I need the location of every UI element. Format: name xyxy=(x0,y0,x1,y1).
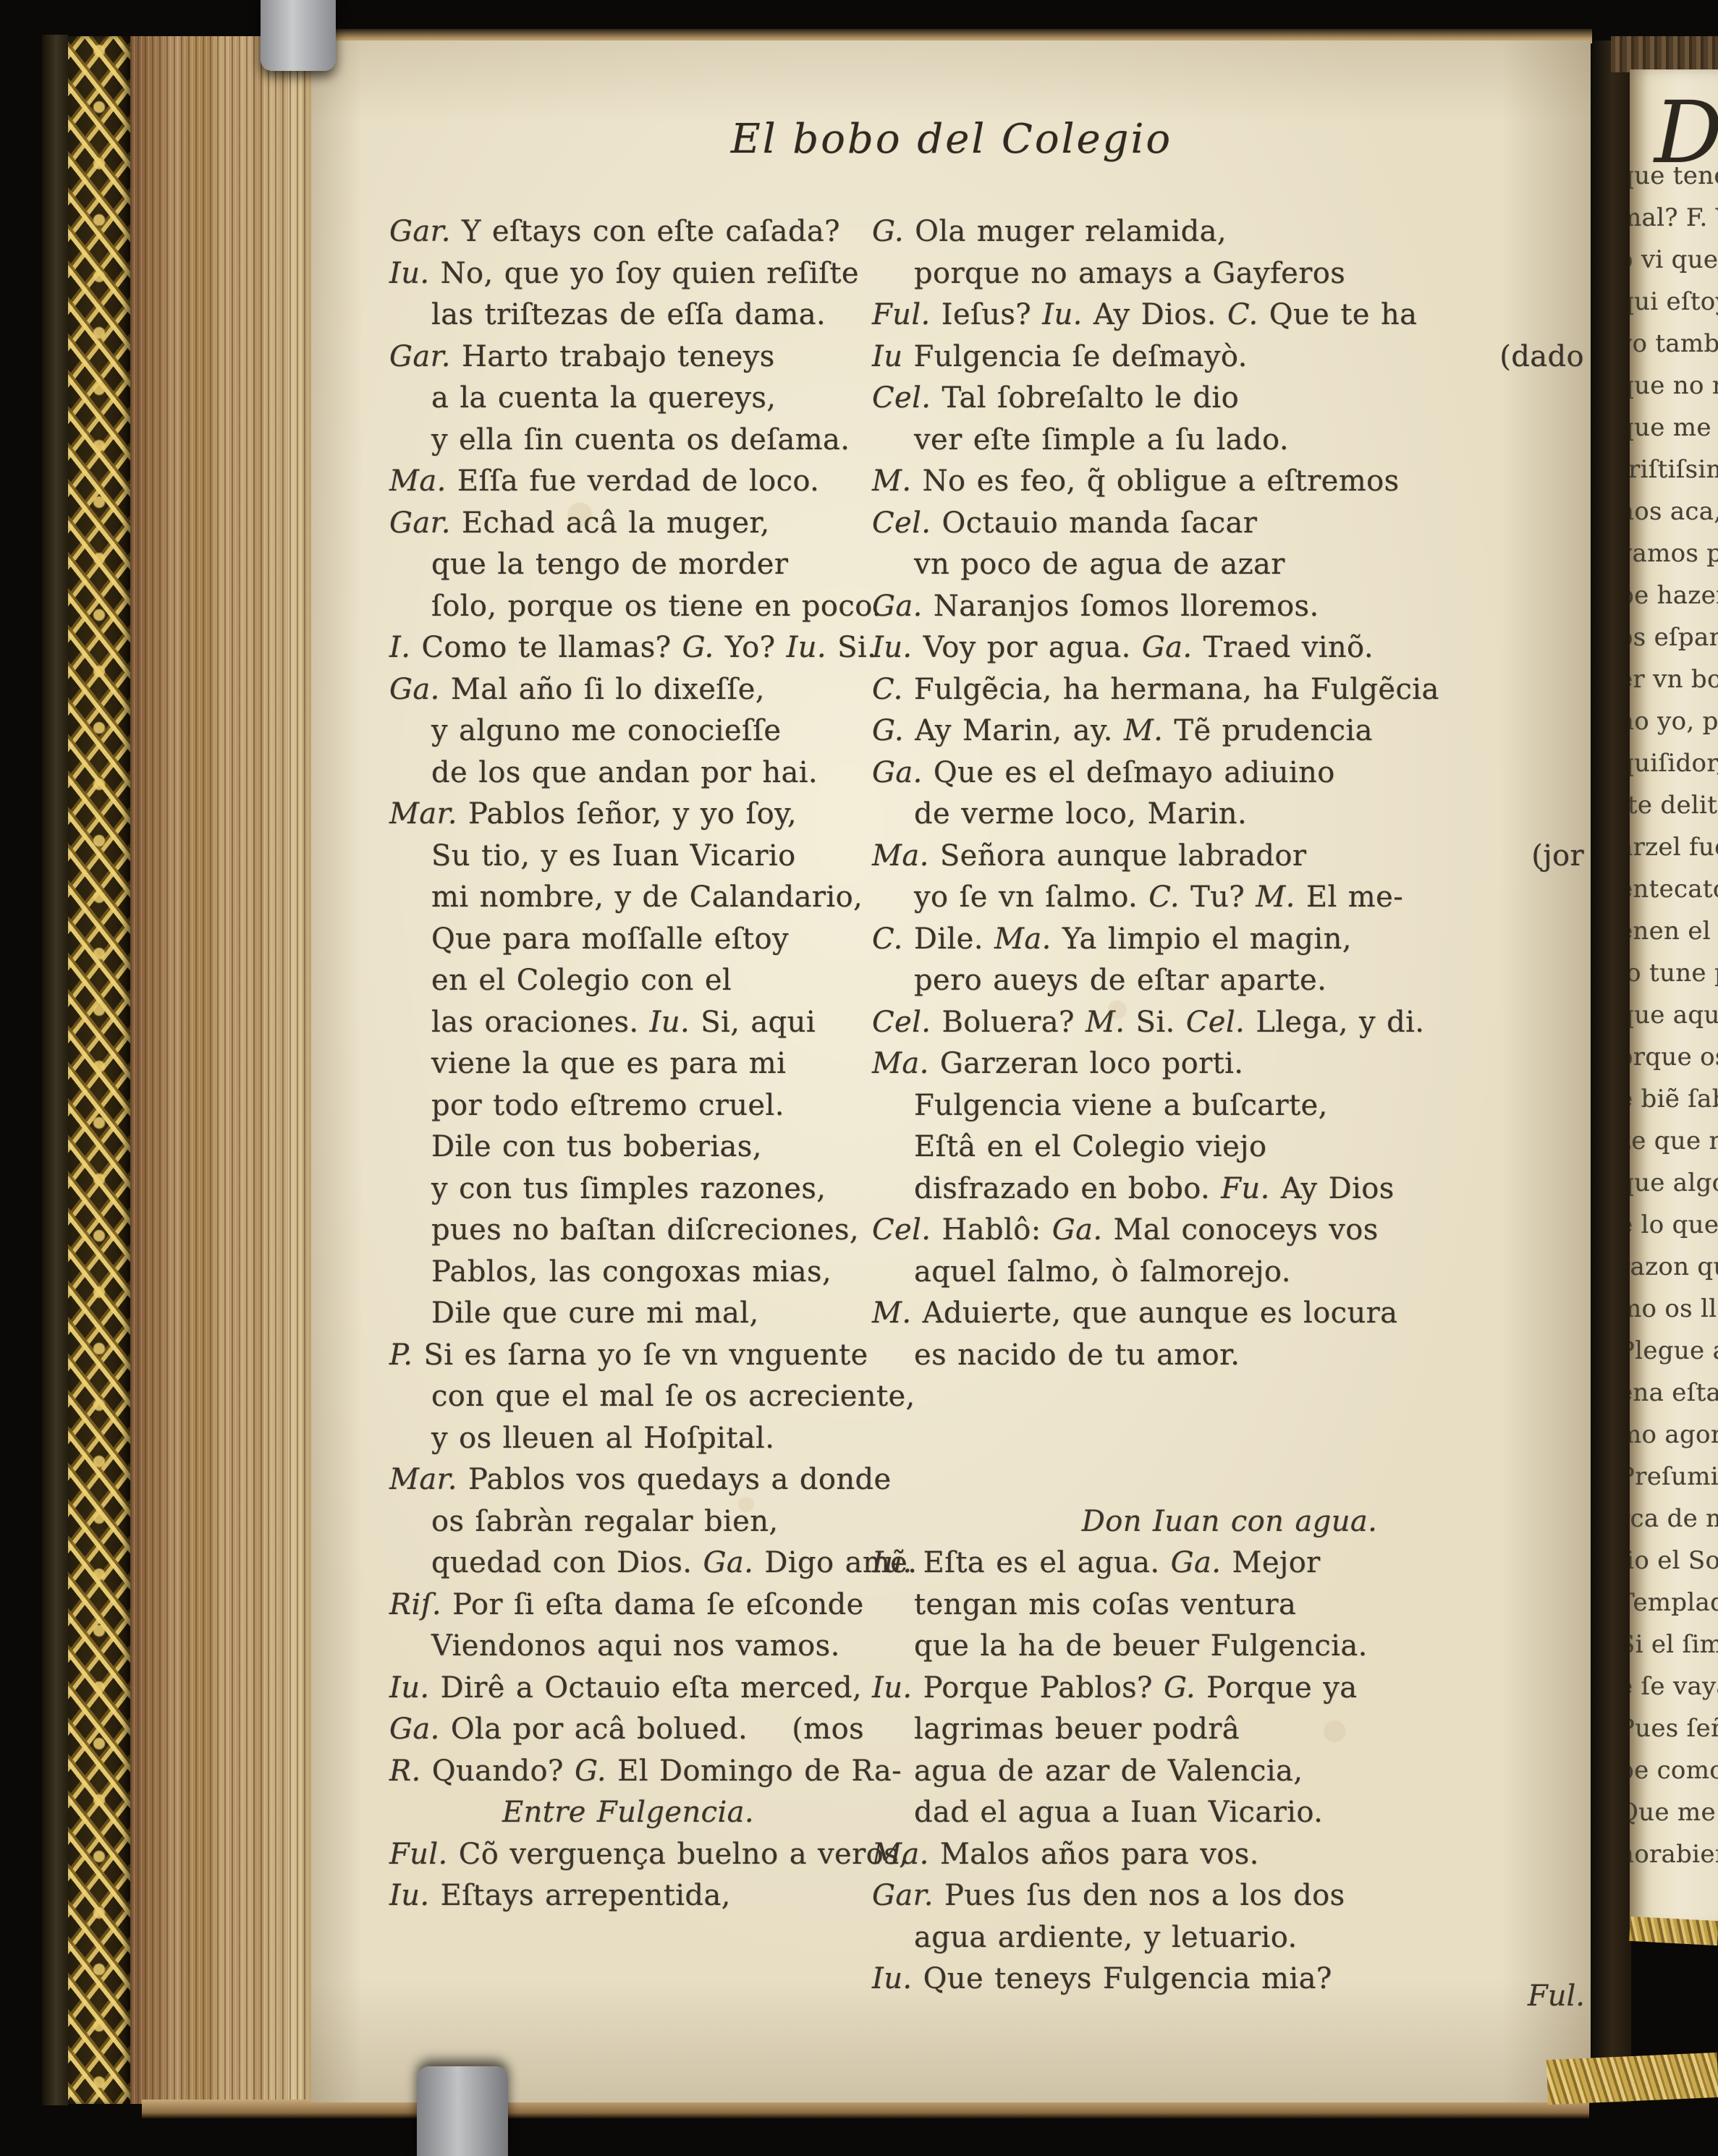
speaker-abbreviation: Ga. xyxy=(389,1713,440,1746)
verse-line: Que para moſſalle eſtoy xyxy=(389,919,867,961)
verse-line: es nacido de tu amor. xyxy=(872,1335,1587,1377)
verse-line: triſtiſsima da xyxy=(1630,449,1718,491)
verse-line: razon que lo xyxy=(1630,1246,1718,1288)
verse-line xyxy=(872,1459,1587,1501)
verse-line: las triſtezas de eſſa dama. xyxy=(389,294,867,336)
right-text-column: G. Ola muger relamida,porque no amays a … xyxy=(872,211,1587,2000)
speaker-abbreviation: M. xyxy=(872,464,911,498)
verse-line: os ſabràn regalar bien, xyxy=(389,1501,867,1543)
verse-line: C. Dile. Ma. Ya limpio el magin, xyxy=(872,919,1587,961)
verse-line: dad el agua a Iuan Vicario. xyxy=(872,1792,1587,1834)
verse-line: quiſidor, o ju xyxy=(1630,742,1718,784)
speaker-abbreviation: Iu. xyxy=(389,257,429,290)
verse-line: Cel. Tal ſobreſalto le dio xyxy=(872,378,1587,420)
verse-line: que tener no xyxy=(1630,155,1718,197)
verse-line: disfrazado en bobo. Fu. Ay Dios xyxy=(872,1168,1587,1210)
verse-line: e biẽ ſabeis v xyxy=(1630,1078,1718,1120)
speaker-abbreviation: M. xyxy=(1256,880,1295,914)
speaker-abbreviation: Ma. xyxy=(872,1047,929,1080)
speaker-abbreviation: Fu. xyxy=(1221,1172,1269,1205)
verse-line: Su tio, y es Iuan Vicario xyxy=(389,836,867,878)
speaker-abbreviation: M. xyxy=(1086,1006,1125,1039)
verse-line: y ella ſin cuenta os deſama. xyxy=(389,420,867,462)
verse-line: Gar. Pues ſus den nos a los dos xyxy=(872,1875,1587,1917)
verse-line: vamos por xyxy=(1630,532,1718,574)
speaker-abbreviation: M. xyxy=(1124,714,1163,747)
verse-line: Iu. Porque Pablos? G. Porque ya xyxy=(872,1668,1587,1710)
verse-line: a la cuenta la quereys, xyxy=(389,378,867,420)
verse-line: qui eſtoy, vos ſ xyxy=(1630,281,1718,323)
turnover-text: (jor xyxy=(1531,836,1584,878)
verse-line: Mar. Pablos ſeñor, y yo ſoy, xyxy=(389,794,867,836)
verse-line: Gar. Y eſtays con eſte caſada? xyxy=(389,211,867,253)
speaker-abbreviation: Gar. xyxy=(872,1879,934,1912)
verse-line: be hazer qu xyxy=(1630,574,1718,616)
verse-line: Dile que cure mi mal, xyxy=(389,1293,867,1335)
verse-line: Preſumiend xyxy=(1630,1456,1718,1498)
speaker-abbreviation: Iu. xyxy=(872,1546,912,1579)
verse-line: Pablos, las congoxas mias, xyxy=(389,1252,867,1294)
verse-line: e lo que me xyxy=(1630,1204,1718,1246)
verse-line: yo ſe vn ſalmo. C. Tu? M. El me- xyxy=(872,877,1587,919)
verse-line: aquel ſalmo, ò ſalmorejo. xyxy=(872,1252,1587,1294)
verse-line: Iu. Eſtays arrepentida, xyxy=(389,1875,867,1917)
verse-line: Fulgencia viene a buſcarte, xyxy=(872,1085,1587,1127)
verse-line: e ſe vaya. F xyxy=(1630,1665,1718,1707)
verse-line: las oraciones. Iu. Si, aqui xyxy=(389,1002,867,1044)
speaker-abbreviation: Gar. xyxy=(389,215,451,248)
verse-line: tengan mis coſas ventura xyxy=(872,1584,1587,1626)
verse-line: arzel fuera m xyxy=(1630,826,1718,868)
speaker-abbreviation: Riſ. xyxy=(389,1588,441,1621)
verse-line: os eſpante y s xyxy=(1630,616,1718,658)
stage-direction: Entre Fulgencia. xyxy=(389,1792,867,1834)
speaker-abbreviation: G. xyxy=(682,631,714,664)
book-page-verso: El bobo del Colegio Gar. Y eſtays con eſ… xyxy=(311,41,1591,2102)
speaker-abbreviation: Cel. xyxy=(1186,1006,1245,1039)
verse-line: (dadoIu Fulgencia ſe deſmayò. xyxy=(872,336,1587,378)
speaker-abbreviation: Mar. xyxy=(389,797,457,831)
speaker-abbreviation: C. xyxy=(872,673,903,706)
verse-line: ver eſte ſimple a ſu lado. xyxy=(872,420,1587,462)
speaker-abbreviation: M. xyxy=(872,1296,911,1330)
verse-line: Pues ſeñor xyxy=(1630,1707,1718,1749)
verse-line: entecatos d xyxy=(1630,868,1718,910)
gilt-edge-bottom-corner xyxy=(1546,2053,1718,2105)
verse-line: Viendonos aqui nos vamos. xyxy=(389,1626,867,1668)
verse-line: no yo, porq xyxy=(1630,700,1718,742)
gilt-edge-sliver-bottom xyxy=(1629,1917,1718,1945)
verse-line: (jorMa. Señora aunque labrador xyxy=(872,836,1587,878)
verse-line: pues no baſtan diſcreciones, xyxy=(389,1210,867,1252)
speaker-abbreviation: Iu. xyxy=(389,1879,429,1912)
verse-line: lagrimas beuer podrâ xyxy=(872,1709,1587,1751)
speaker-abbreviation: Cel. xyxy=(872,1213,931,1247)
verse-line: lio el Sol, pa xyxy=(1630,1540,1718,1582)
verse-line: o vi que el bie xyxy=(1630,239,1718,281)
catchword: Ful. xyxy=(872,1979,1663,2013)
page-stack-fore-edge xyxy=(130,36,313,2104)
book-cover-edge xyxy=(42,35,68,2105)
verse-line: Gar. Harto trabajo teneys xyxy=(389,336,867,378)
speaker-abbreviation: Cel. xyxy=(872,506,931,540)
verse-line: Ma. Garzeran loco porti. xyxy=(872,1043,1587,1085)
verse-line: C. Fulgẽcia, ha hermana, ha Fulgẽcia xyxy=(872,669,1587,711)
speaker-abbreviation: Ma. xyxy=(872,1838,929,1871)
verse-line: agua de azar de Valencia, xyxy=(872,1751,1587,1793)
verse-line: Eſtâ en el Colegio viejo xyxy=(872,1126,1587,1168)
speaker-abbreviation: G. xyxy=(575,1754,606,1788)
verse-line: que la ha de beuer Fulgencia. xyxy=(872,1626,1587,1668)
verse-line: mi nombre, y de Calandario, xyxy=(389,877,867,919)
speaker-abbreviation: P. xyxy=(389,1338,412,1372)
verse-line: Ga. Que es el deſmayo adiuino xyxy=(872,752,1587,794)
speaker-abbreviation: C. xyxy=(1227,298,1258,331)
speaker-abbreviation: C. xyxy=(872,922,903,956)
verse-line: Ma. Malos años para vos. xyxy=(872,1834,1587,1876)
verse-line: Plegue a Di xyxy=(1630,1330,1718,1372)
verse-line: Ga. Mal año ſi lo dixeſſe, xyxy=(389,669,867,711)
gilt-tooled-binding-edge xyxy=(68,36,130,2104)
verse-line: enen el lugar xyxy=(1630,910,1718,952)
speaker-abbreviation: Ga. xyxy=(1171,1546,1222,1579)
verse-line: M. No es feo, q̃ obligue a eſtremos xyxy=(872,461,1587,503)
verse-line: vn poco de agua de azar xyxy=(872,544,1587,586)
speaker-abbreviation: Ga. xyxy=(703,1546,753,1579)
speaker-abbreviation: Ful. xyxy=(872,298,931,331)
speaker-abbreviation: Ma. xyxy=(872,839,929,873)
verse-line: ſte delito en xyxy=(1630,784,1718,826)
verse-line: viene la que es para mi xyxy=(389,1043,867,1085)
running-title: El bobo del Colegio xyxy=(384,116,1520,181)
speaker-abbreviation: Ga. xyxy=(1052,1213,1103,1247)
verse-line: y con tus ſimples razones, xyxy=(389,1168,867,1210)
speaker-abbreviation: Iu. xyxy=(872,631,912,664)
verse-line: ena eſtays, ſ xyxy=(1630,1372,1718,1414)
verse-line xyxy=(872,1418,1587,1460)
verse-line: mal? F. Y a el n xyxy=(1630,197,1718,239)
speaker-abbreviation: G. xyxy=(872,714,904,747)
verse-line: (mosGa. Ola por acâ bolued. xyxy=(389,1709,867,1751)
speaker-abbreviation: Ga. xyxy=(872,590,923,623)
speaker-abbreviation: Mar. xyxy=(389,1463,457,1496)
speaker-abbreviation: Iu. xyxy=(389,1671,429,1705)
speaker-abbreviation: Ga. xyxy=(1142,631,1193,664)
book-clamp-bottom xyxy=(417,2066,508,2156)
speaker-abbreviation: G. xyxy=(1164,1671,1196,1705)
verse-line: y alguno me conocieſſe xyxy=(389,710,867,752)
speaker-abbreviation: R. xyxy=(389,1754,421,1788)
verse-line: porque no amays a Gayferos xyxy=(872,253,1587,295)
verse-line: que algo eſt xyxy=(1630,1162,1718,1204)
speaker-abbreviation: Iu. xyxy=(1042,298,1082,331)
verse-line: en el Colegio con el xyxy=(389,960,867,1002)
speaker-abbreviation: Iu. xyxy=(787,631,826,664)
speaker-abbreviation: Ful. xyxy=(389,1838,448,1871)
verse-line: Iu. No, que yo ſoy quien reſiſte xyxy=(389,253,867,295)
verse-line: Cel. Octauio manda ſacar xyxy=(872,503,1587,545)
verse-line: lo tune por a xyxy=(1630,952,1718,994)
verse-line: que aqueſte xyxy=(1630,994,1718,1036)
verse-line: er vn bobo , xyxy=(1630,658,1718,700)
verse-line: M. Aduierte, que aunque es locura xyxy=(872,1293,1587,1335)
verse-line: P. Si es ſarna yo ſe vn vnguente xyxy=(389,1335,867,1377)
verse-line: por todo eſtremo cruel. xyxy=(389,1085,867,1127)
speaker-abbreviation: Iu. xyxy=(872,1671,912,1705)
verse-line: quedad con Dios. Ga. Digo amẽ. xyxy=(389,1542,867,1584)
verse-line: Gar. Echad acâ la muger, xyxy=(389,503,867,545)
speaker-abbreviation: G. xyxy=(872,215,904,248)
gutter-shadow xyxy=(1589,41,1631,2102)
speaker-abbreviation: Ga. xyxy=(389,673,440,706)
left-text-column: Gar. Y eſtays con eſte caſada?Iu. No, qu… xyxy=(389,211,867,1917)
verse-line: agua ardiente, y letuario. xyxy=(872,1917,1587,1959)
book-clamp-top xyxy=(261,0,336,71)
verse-line: Dile con tus boberias, xyxy=(389,1126,867,1168)
verse-line: G. Ay Marin, ay. M. Tẽ prudencia xyxy=(872,710,1587,752)
verse-line: ze que no le xyxy=(1630,1120,1718,1162)
verse-line: yo tambien a xyxy=(1630,323,1718,365)
verse-line: orque os qui xyxy=(1630,1036,1718,1078)
verse-line: y os lleuen al Hoſpital. xyxy=(389,1418,867,1460)
verse-line xyxy=(872,1376,1587,1418)
verse-line: Cel. Hablô: Ga. Mal conoceys vos xyxy=(872,1210,1587,1252)
next-page-partial-text: que tener nomal? F. Y a el no vi que el … xyxy=(1630,155,1718,1875)
verse-line: I. Como te llamas? G. Yo? Iu. Si. xyxy=(389,627,867,669)
next-page-top-edge xyxy=(1611,36,1718,72)
speaker-abbreviation: Cel. xyxy=(872,381,931,415)
verse-line: rca de mud xyxy=(1630,1498,1718,1540)
book-photograph: El bobo del Colegio Gar. Y eſtays con eſ… xyxy=(0,0,1718,2156)
verse-line: Mar. Pablos vos quedays a donde xyxy=(389,1459,867,1501)
verse-line: Ful. Cõ verguença buelno a veros, xyxy=(389,1834,867,1876)
turnover-text: (dado xyxy=(1499,336,1584,378)
verse-line: que me riño n xyxy=(1630,407,1718,449)
speaker-abbreviation: C. xyxy=(1148,880,1180,914)
verse-line: mo os llama xyxy=(1630,1288,1718,1330)
verse-line: horabien q xyxy=(1630,1833,1718,1875)
verse-line: Iu. Dirê a Octauio eſta merced, xyxy=(389,1668,867,1710)
stage-direction: Don Iuan con agua. xyxy=(872,1501,1587,1543)
speaker-abbreviation: Gar. xyxy=(389,506,451,540)
next-page-sliver: D que tener nomal? F. Y a el no vi que e… xyxy=(1630,69,1718,1929)
verse-line: Que me dar xyxy=(1630,1791,1718,1833)
verse-line: que la tengo de morder xyxy=(389,544,867,586)
verse-line: con que el mal ſe os acreciente, xyxy=(389,1376,867,1418)
verse-line: de verme loco, Marin. xyxy=(872,794,1587,836)
verse-line: mo agora ſe xyxy=(1630,1414,1718,1456)
turnover-text: (mos xyxy=(792,1709,864,1751)
verse-line: Riſ. Por ſi eſta dama ſe eſconde xyxy=(389,1584,867,1626)
speaker-abbreviation: Iu. xyxy=(650,1006,690,1039)
speaker-abbreviation: I. xyxy=(389,631,410,664)
verse-line: Ful. Ieſus? Iu. Ay Dios. C. Que te ha xyxy=(872,294,1587,336)
speaker-abbreviation: Gar. xyxy=(389,340,451,373)
verse-line: de los que andan por hai. xyxy=(389,752,867,794)
verse-line: Templado xyxy=(1630,1582,1718,1624)
verse-line: Ga. Naranjos ſomos lloremos. xyxy=(872,586,1587,628)
verse-line: R. Quando? G. El Domingo de Ra- xyxy=(389,1751,867,1793)
speaker-abbreviation: Cel. xyxy=(872,1006,931,1039)
verse-line: Ma. Eſſa fue verdad de loco. xyxy=(389,461,867,503)
verse-line: nos aca, y ca xyxy=(1630,491,1718,532)
speaker-abbreviation: Iu xyxy=(872,340,902,373)
verse-line: pero aueys de eſtar aparte. xyxy=(872,960,1587,1002)
verse-line: Iu. Eſta es el agua. Ga. Mejor xyxy=(872,1542,1587,1584)
verse-line: G. Ola muger relamida, xyxy=(872,211,1587,253)
verse-line: be como le xyxy=(1630,1749,1718,1791)
speaker-abbreviation: Ma. xyxy=(994,922,1051,956)
verse-line: Si el ſimple o xyxy=(1630,1624,1718,1665)
verse-line: Cel. Boluera? M. Si. Cel. Llega, y di. xyxy=(872,1002,1587,1044)
speaker-abbreviation: Ga. xyxy=(872,756,923,789)
verse-line: Iu. Voy por agua. Ga. Traed vinõ. xyxy=(872,627,1587,669)
verse-line: ſolo, porque os tiene en poco. xyxy=(389,586,867,628)
verse-line: que no me d xyxy=(1630,365,1718,407)
speaker-abbreviation: Ma. xyxy=(389,464,447,498)
